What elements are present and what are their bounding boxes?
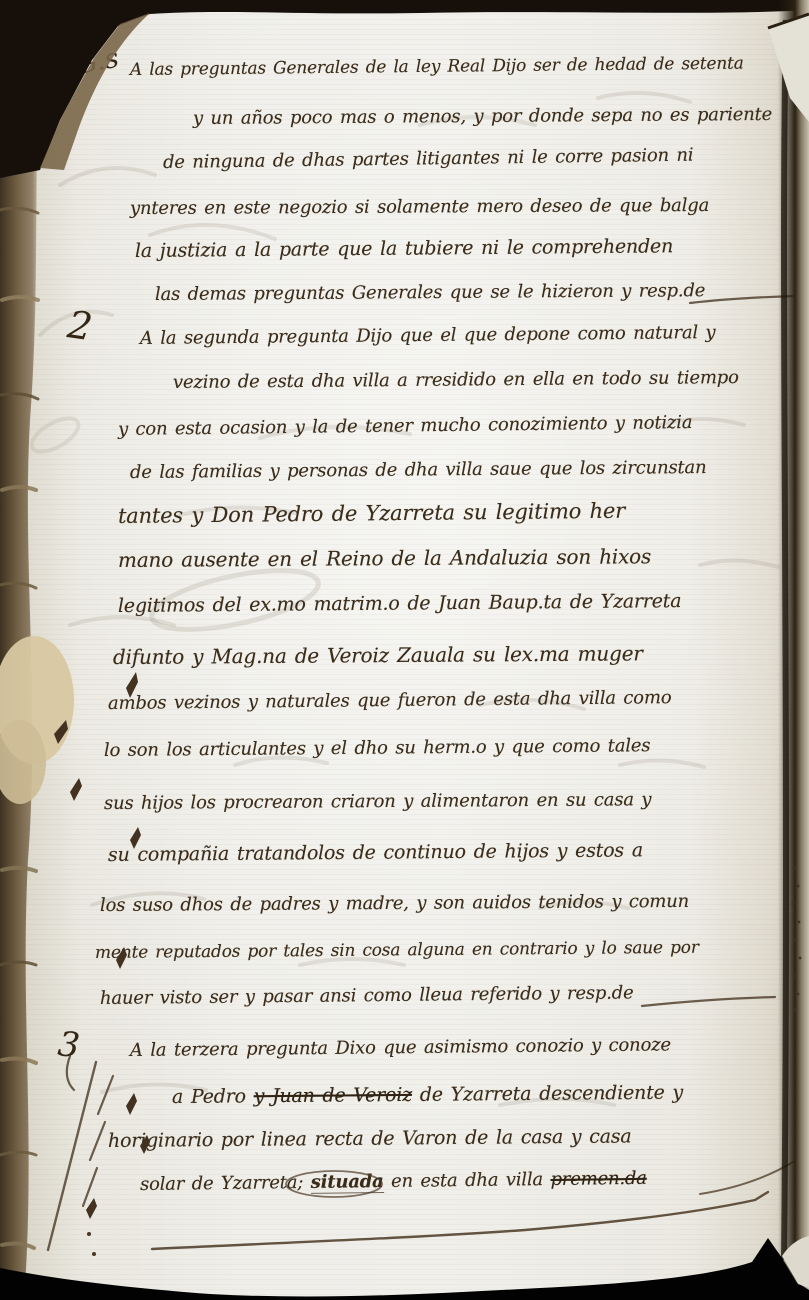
- manuscript-line: y un años poco mas o menos, y por donde …: [193, 104, 772, 129]
- struck-text: y Juan de Veroiz: [254, 1084, 412, 1107]
- manuscript-line: los suso dhos de padres y madre, y son a…: [100, 891, 689, 916]
- line-segment: de Yzarreta descendiente y: [412, 1082, 683, 1106]
- line-segment: solar de Yzarreta;: [140, 1172, 311, 1195]
- emphasized-text: situada: [311, 1171, 384, 1194]
- line-segment: en esta dha villa: [383, 1169, 550, 1192]
- margin-mark-third: 3: [56, 1024, 82, 1066]
- manuscript-line: mano ausente en el Reino de la Andaluzia…: [118, 544, 651, 572]
- struck-text: premen.da: [550, 1168, 647, 1190]
- manuscript-line: la justizia a la parte que la tubiere ni…: [135, 235, 673, 262]
- manuscript-line: ynteres en este negozio si solamente mer…: [130, 195, 709, 219]
- manuscript-line: las demas preguntas Generales que se le …: [155, 280, 705, 305]
- manuscript-line: su compañia tratandolos de continuo de h…: [108, 839, 643, 866]
- line-segment: horiginario por linea recta de Varon de …: [108, 1125, 632, 1152]
- manuscript-line: horiginario por linea recta de Varon de …: [108, 1125, 632, 1152]
- manuscript-line: a Pedro y Juan de Veroiz de Yzarreta des…: [172, 1082, 683, 1108]
- manuscript-scan: G.s 2 3 A las preguntas Generales de la …: [0, 0, 809, 1300]
- line-segment: a Pedro: [172, 1085, 254, 1108]
- manuscript-line: sus hijos los procrearon criaron y alime…: [104, 789, 651, 814]
- manuscript-line: difunto y Mag.na de Veroiz Zauala su lex…: [113, 641, 643, 669]
